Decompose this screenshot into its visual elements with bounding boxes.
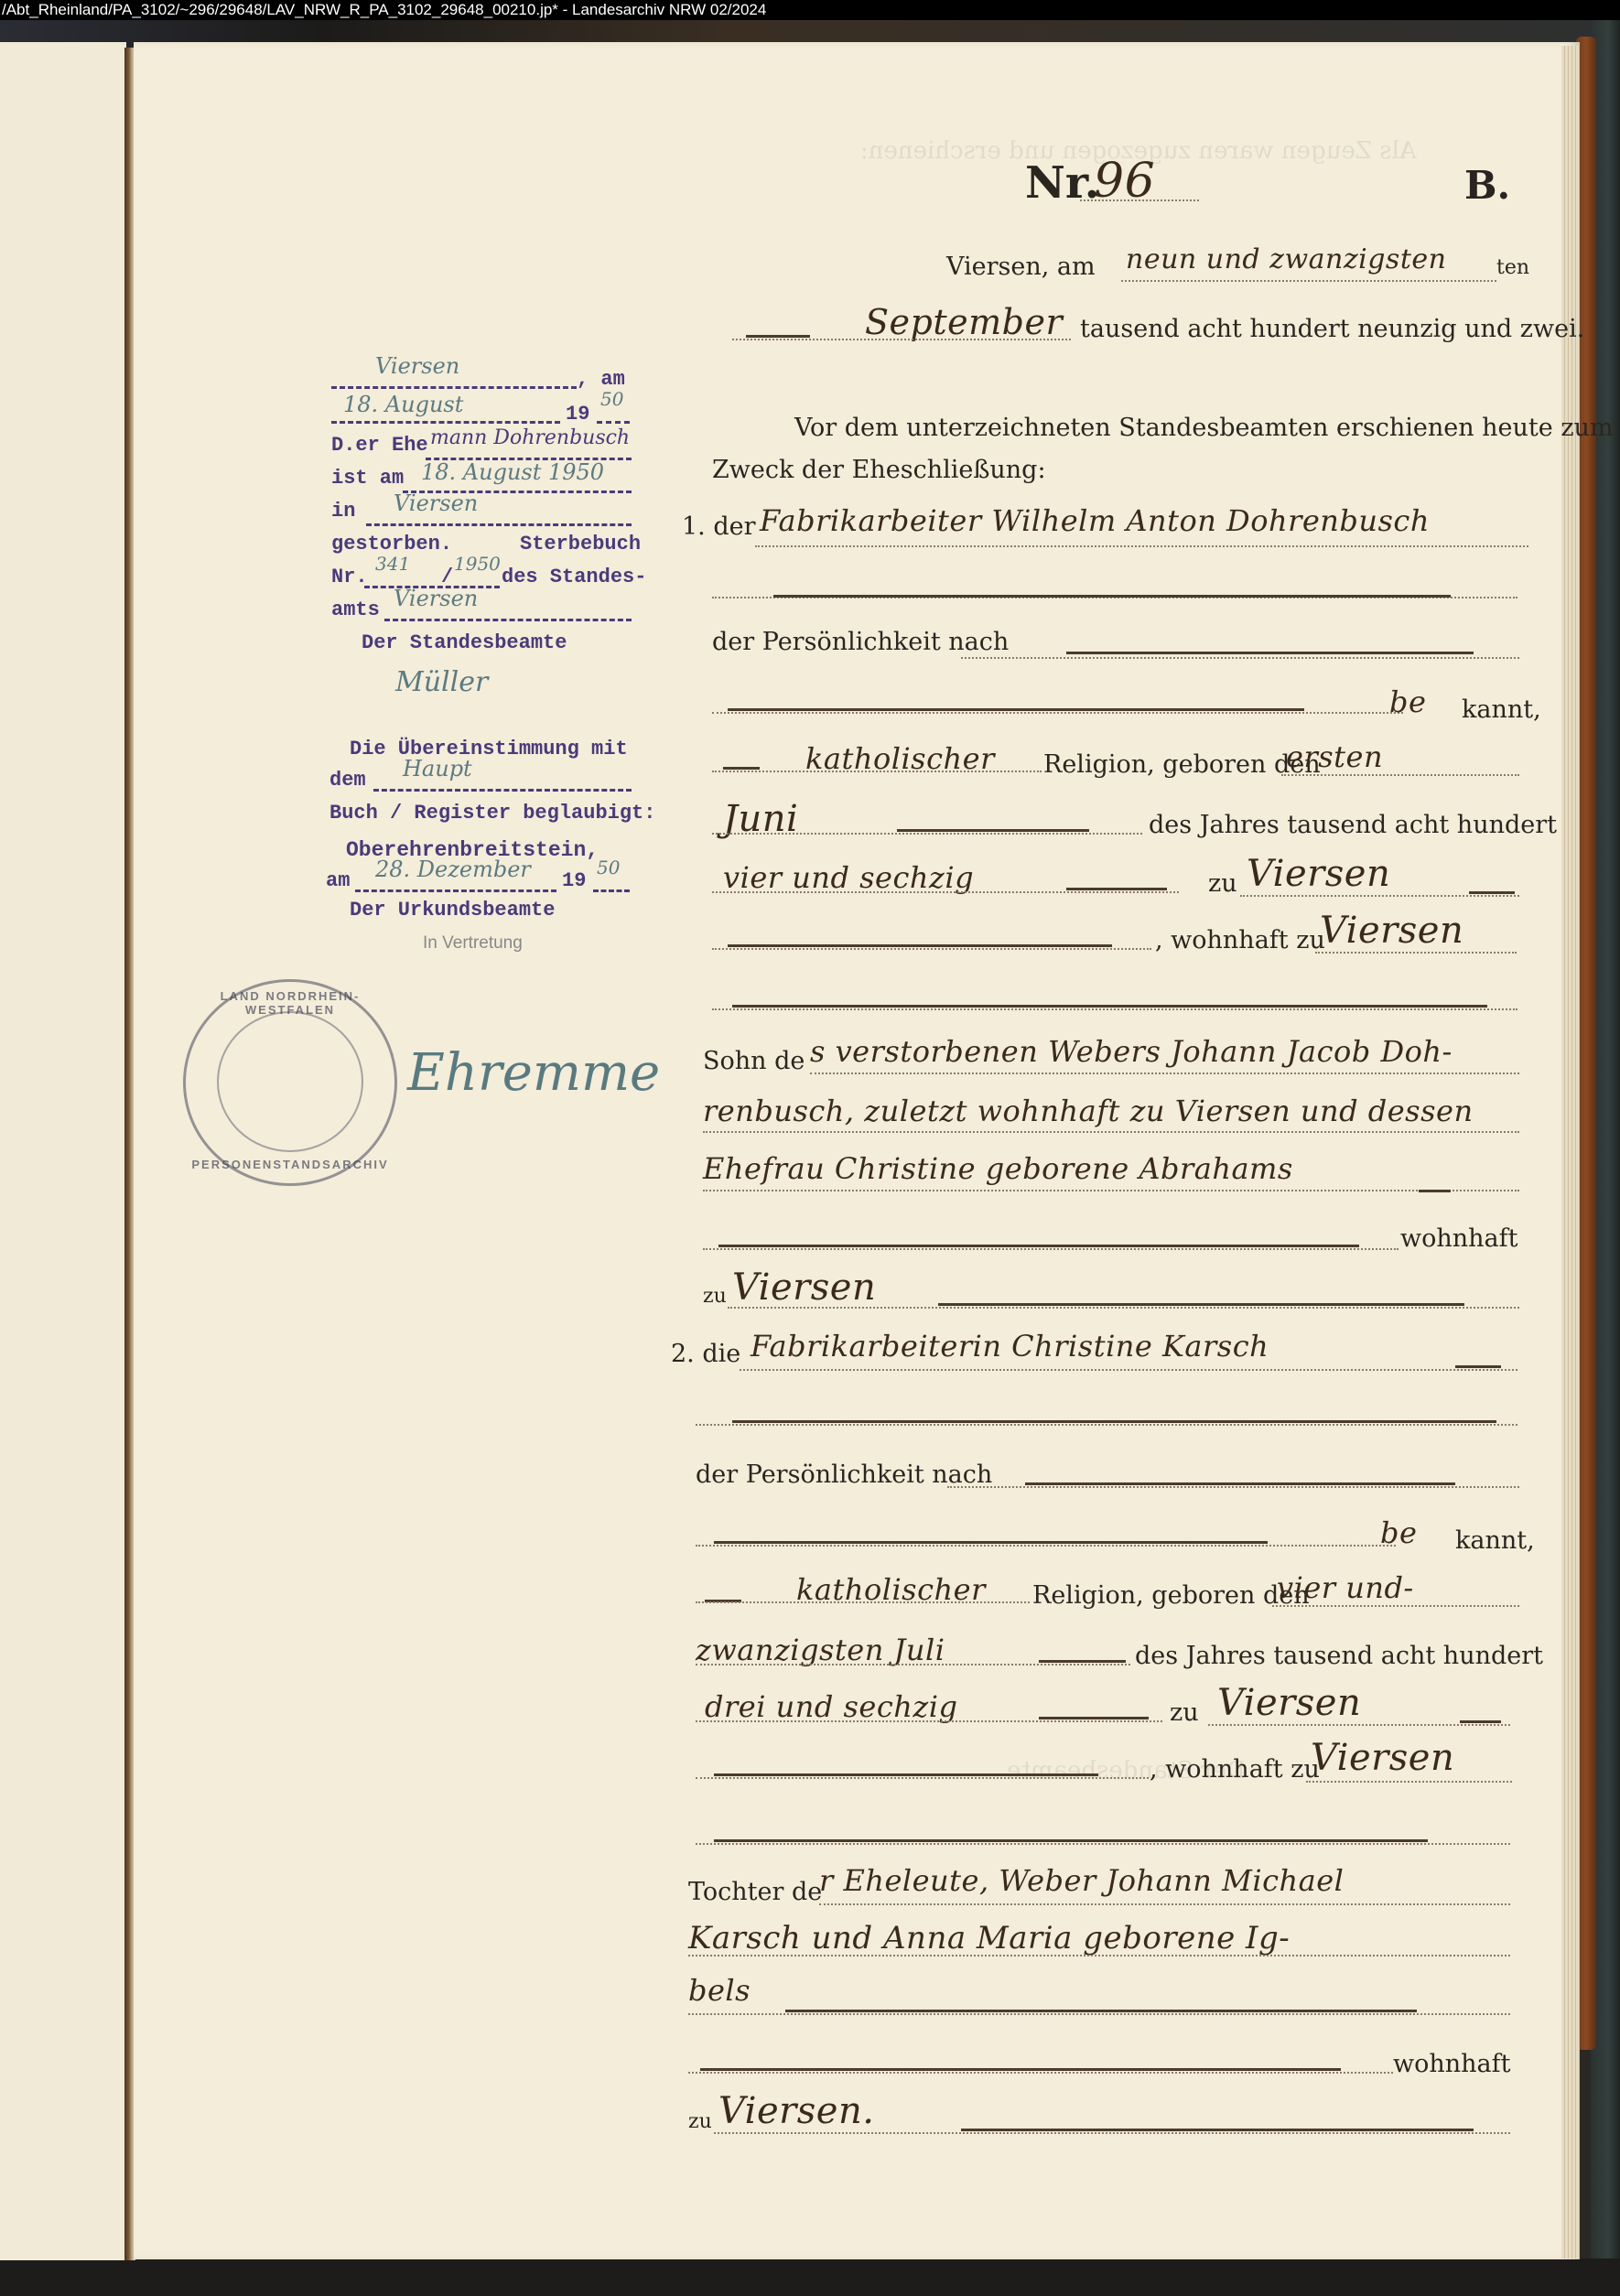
intro-line-1: Vor dem unterzeichneten Standesbeamten e… [794,414,1614,442]
stamp-year-prefix: 19 [566,403,589,426]
filler-dash [1039,1717,1149,1719]
stamp-des-standes: des Standes- [502,566,646,588]
stamp-line [355,889,556,892]
parents-line-1 [819,1903,1510,1905]
stamp-in-label: in [331,500,355,523]
groom-parents-residence-label: wohnhaft [1400,1224,1517,1253]
bride-parents-line-1: r Eheleute, Weber Johann Michael [819,1863,1344,1898]
filler-dash [746,335,810,338]
bride-year-label: des Jahres tausend acht hundert [1135,1642,1543,1670]
bride-known: be [1380,1515,1417,1550]
known-line [696,1545,1396,1547]
stamp-line [593,889,630,892]
certify-official: Der Urkundsbeamte [350,899,555,922]
bride-parents-residence: Viersen. [718,2090,874,2132]
religion-line [712,771,1042,772]
bride-parents-line-3: bels [688,1973,751,2008]
stamp-line [331,386,577,389]
bride-birth-year: drei und sechzig [705,1689,957,1724]
stamp-death-place: Viersen [394,490,478,516]
parents-line-3 [703,1190,1519,1191]
filler-dash [732,1005,1487,1008]
certify-year-suffix: 50 [597,857,620,879]
birth-month-line [696,1664,1130,1665]
parents-line-2 [703,1131,1519,1133]
stamp-line [597,421,630,424]
certify-line-1: Die Übereinstimmung mit [350,738,628,760]
marriage-year: tausend acht hundert neunzig und zwei. [1080,315,1584,343]
filler-dash [1025,1482,1455,1485]
filler-dash [938,1303,1464,1306]
stamp-nr-label: Nr. [331,566,368,588]
filler-dash [728,944,1112,947]
certify-am-label: am [326,869,350,892]
bride-identity-label: der Persönlichkeit nach [696,1461,992,1489]
stamp-year-suffix: 50 [600,388,623,410]
official-signature: Ehremme [407,1043,660,1103]
blank-line [712,1008,1517,1010]
record-number-line [1080,199,1199,201]
bride-name-line [740,1369,1517,1371]
certify-year-prefix: 19 [562,869,586,892]
groom-number: 1. der [682,512,756,541]
bride-parents-residence-prefix: zu [688,2110,712,2133]
stamp-official-label: Der Standesbeamte [362,631,567,654]
seal-bottom-text: PERSONENSTANDSARCHIV [186,1158,394,1171]
certify-dem-label: dem [329,769,366,792]
filler-dash [714,1839,1428,1842]
groom-identity-label: der Persönlichkeit nach [712,628,1009,656]
filler-dash [718,1245,1359,1247]
stamp-ist-am-label: ist am [331,467,404,490]
filler-dash [723,767,760,770]
blank-line [696,1843,1510,1845]
filler-dash [1419,1190,1451,1192]
filler-dash [714,1773,1098,1776]
known-line [712,712,1403,714]
certify-dem: Haupt [403,756,472,782]
blank-line [688,2072,1393,2074]
archive-seal: LAND NORDRHEIN-WESTFALEN PERSONENSTANDSA… [183,979,397,1186]
left-page [0,42,126,2260]
stamp-ehe-label: D.er Ehe [331,434,428,457]
day-suffix: ten [1496,256,1529,279]
bride-religion-label: Religion, geboren den [1032,1581,1310,1610]
religion-line [696,1601,1030,1603]
series-letter: B. [1464,163,1510,208]
scan-background-bottom [0,2258,1620,2296]
groom-parents-label: Sohn de [703,1047,805,1075]
place-date-prefix: Viersen, am [946,253,1096,281]
intro-line-2: Zweck der Eheschließung: [712,456,1046,484]
filler-dash [728,708,1304,711]
parents-line-1 [810,1073,1519,1074]
seal-top-text: LAND NORDRHEIN-WESTFALEN [186,989,394,1017]
marriage-day-line [1121,280,1496,282]
filler-dash [961,2129,1474,2131]
groom-name-line [755,545,1528,547]
residence-line [1306,1781,1512,1783]
birth-year-line [712,891,1179,893]
filler-dash [785,2010,1417,2012]
birthplace-line [1208,1724,1510,1726]
filler-dash [897,829,1089,832]
parents-line-3 [688,2013,1510,2015]
marriage-month-line [732,339,1071,340]
blank-line [696,1424,1517,1426]
marriage-day: neun und zwanzigsten [1126,243,1446,275]
filler-dash [773,595,1451,598]
stamp-line [384,619,632,621]
groom-year-label: des Jahres tausend acht hundert [1149,811,1557,839]
stamp-line [366,523,632,526]
groom-birthplace-label: zu [1208,869,1237,898]
parents-residence-line [728,1307,1519,1309]
stamp-nr-year: 1950 [454,553,501,575]
stamp-line [373,789,632,792]
groom-parents-residence: Viersen [732,1267,876,1309]
filler-dash [1066,888,1167,890]
stamp-place: Viersen [375,353,459,379]
in-vertretung: In Vertretung [423,933,523,954]
bride-parents-residence-label: wohnhaft [1393,2050,1510,2078]
groom-religion-label: Religion, geboren den [1043,750,1321,779]
stamp-ehe-name: mann Dohrenbusch [430,426,630,449]
stamp-nr: 341 [375,553,410,575]
bride-birthplace-label: zu [1170,1698,1199,1727]
stamp-date: 18. August [343,392,463,417]
stamp-sterbebuch: Sterbebuch [520,533,641,555]
bride-number: 2. die [671,1340,740,1368]
page-stack-edge [1561,46,1580,2258]
birth-day-line [1272,1605,1519,1607]
residence-pre-line [696,1777,1149,1779]
filler-dash [1455,1365,1501,1368]
marriage-month: September [865,302,1063,342]
groom-parents-line-1: s verstorbenen Webers Johann Jacob Doh- [810,1034,1453,1069]
groom-birthplace: Viersen [1247,853,1390,895]
stamp-amts-label: amts [331,598,380,621]
groom-known: be [1389,684,1426,719]
residence-line [1315,952,1517,954]
groom-parents-residence-prefix: zu [703,1285,727,1308]
birth-year-line [696,1720,1162,1722]
bride-occupation-name: Fabrikarbeiterin Christine Karsch [751,1329,1269,1364]
certify-line-3: Buch / Register beglaubigt: [329,802,655,825]
groom-residence-label: , wohnhaft zu [1155,926,1325,954]
bride-birth-day-line2: zwanzigsten Juli [696,1633,945,1667]
stamp-line [331,421,560,424]
bride-parents-line-2: Karsch und Anna Maria geborene Ig- [688,1920,1290,1956]
stamp-amts: Viersen [394,586,478,611]
groom-residence: Viersen [1320,910,1463,952]
identity-line [961,657,1519,659]
bride-parents-label: Tochter de [688,1878,822,1906]
groom-parents-line-2: renbusch, zuletzt wohnhaft zu Viersen un… [703,1094,1474,1128]
certify-date: 28. Dezember [375,857,531,882]
groom-known-suffix: kannt, [1462,695,1541,724]
birth-day-line [1281,774,1519,776]
groom-birth-day: ersten [1286,739,1383,774]
filler-dash [1460,1720,1501,1723]
window-title: /Abt_Rheinland/PA_3102/~296/29648/LAV_NR… [2,1,766,18]
stamp-official-signature: Müller [395,666,488,698]
parents-line-2 [688,1955,1510,1956]
filler-dash [732,1420,1496,1423]
groom-occupation-name: Fabrikarbeiter Wilhelm Anton Dohrenbusch [760,503,1430,538]
stamp-death-date: 18. August 1950 [421,459,604,485]
bride-birthplace: Viersen [1217,1682,1361,1724]
seal-coat-of-arms [217,1011,363,1152]
bride-residence-label: , wohnhaft zu [1150,1755,1320,1784]
residence-pre-line [712,948,1151,950]
parents-residence-line [714,2132,1510,2134]
groom-parents-line-3: Ehefrau Christine geborene Abrahams [703,1151,1293,1186]
groom-birth-year: vier und sechzig [723,860,974,895]
birthplace-line [1240,895,1519,897]
filler-dash [714,1541,1268,1544]
filler-dash [1066,652,1474,654]
filler-dash [700,2068,1341,2071]
bride-known-suffix: kannt, [1455,1526,1535,1555]
filler-dash [1469,891,1515,894]
identity-line [947,1486,1519,1488]
bride-birth-day: vier und- [1277,1570,1414,1605]
birth-month-line [712,833,1142,835]
window-title-bar: /Abt_Rheinland/PA_3102/~296/29648/LAV_NR… [0,0,1620,20]
bride-residence: Viersen [1311,1737,1454,1779]
blank-line [703,1248,1399,1250]
filler-dash [1039,1660,1126,1663]
